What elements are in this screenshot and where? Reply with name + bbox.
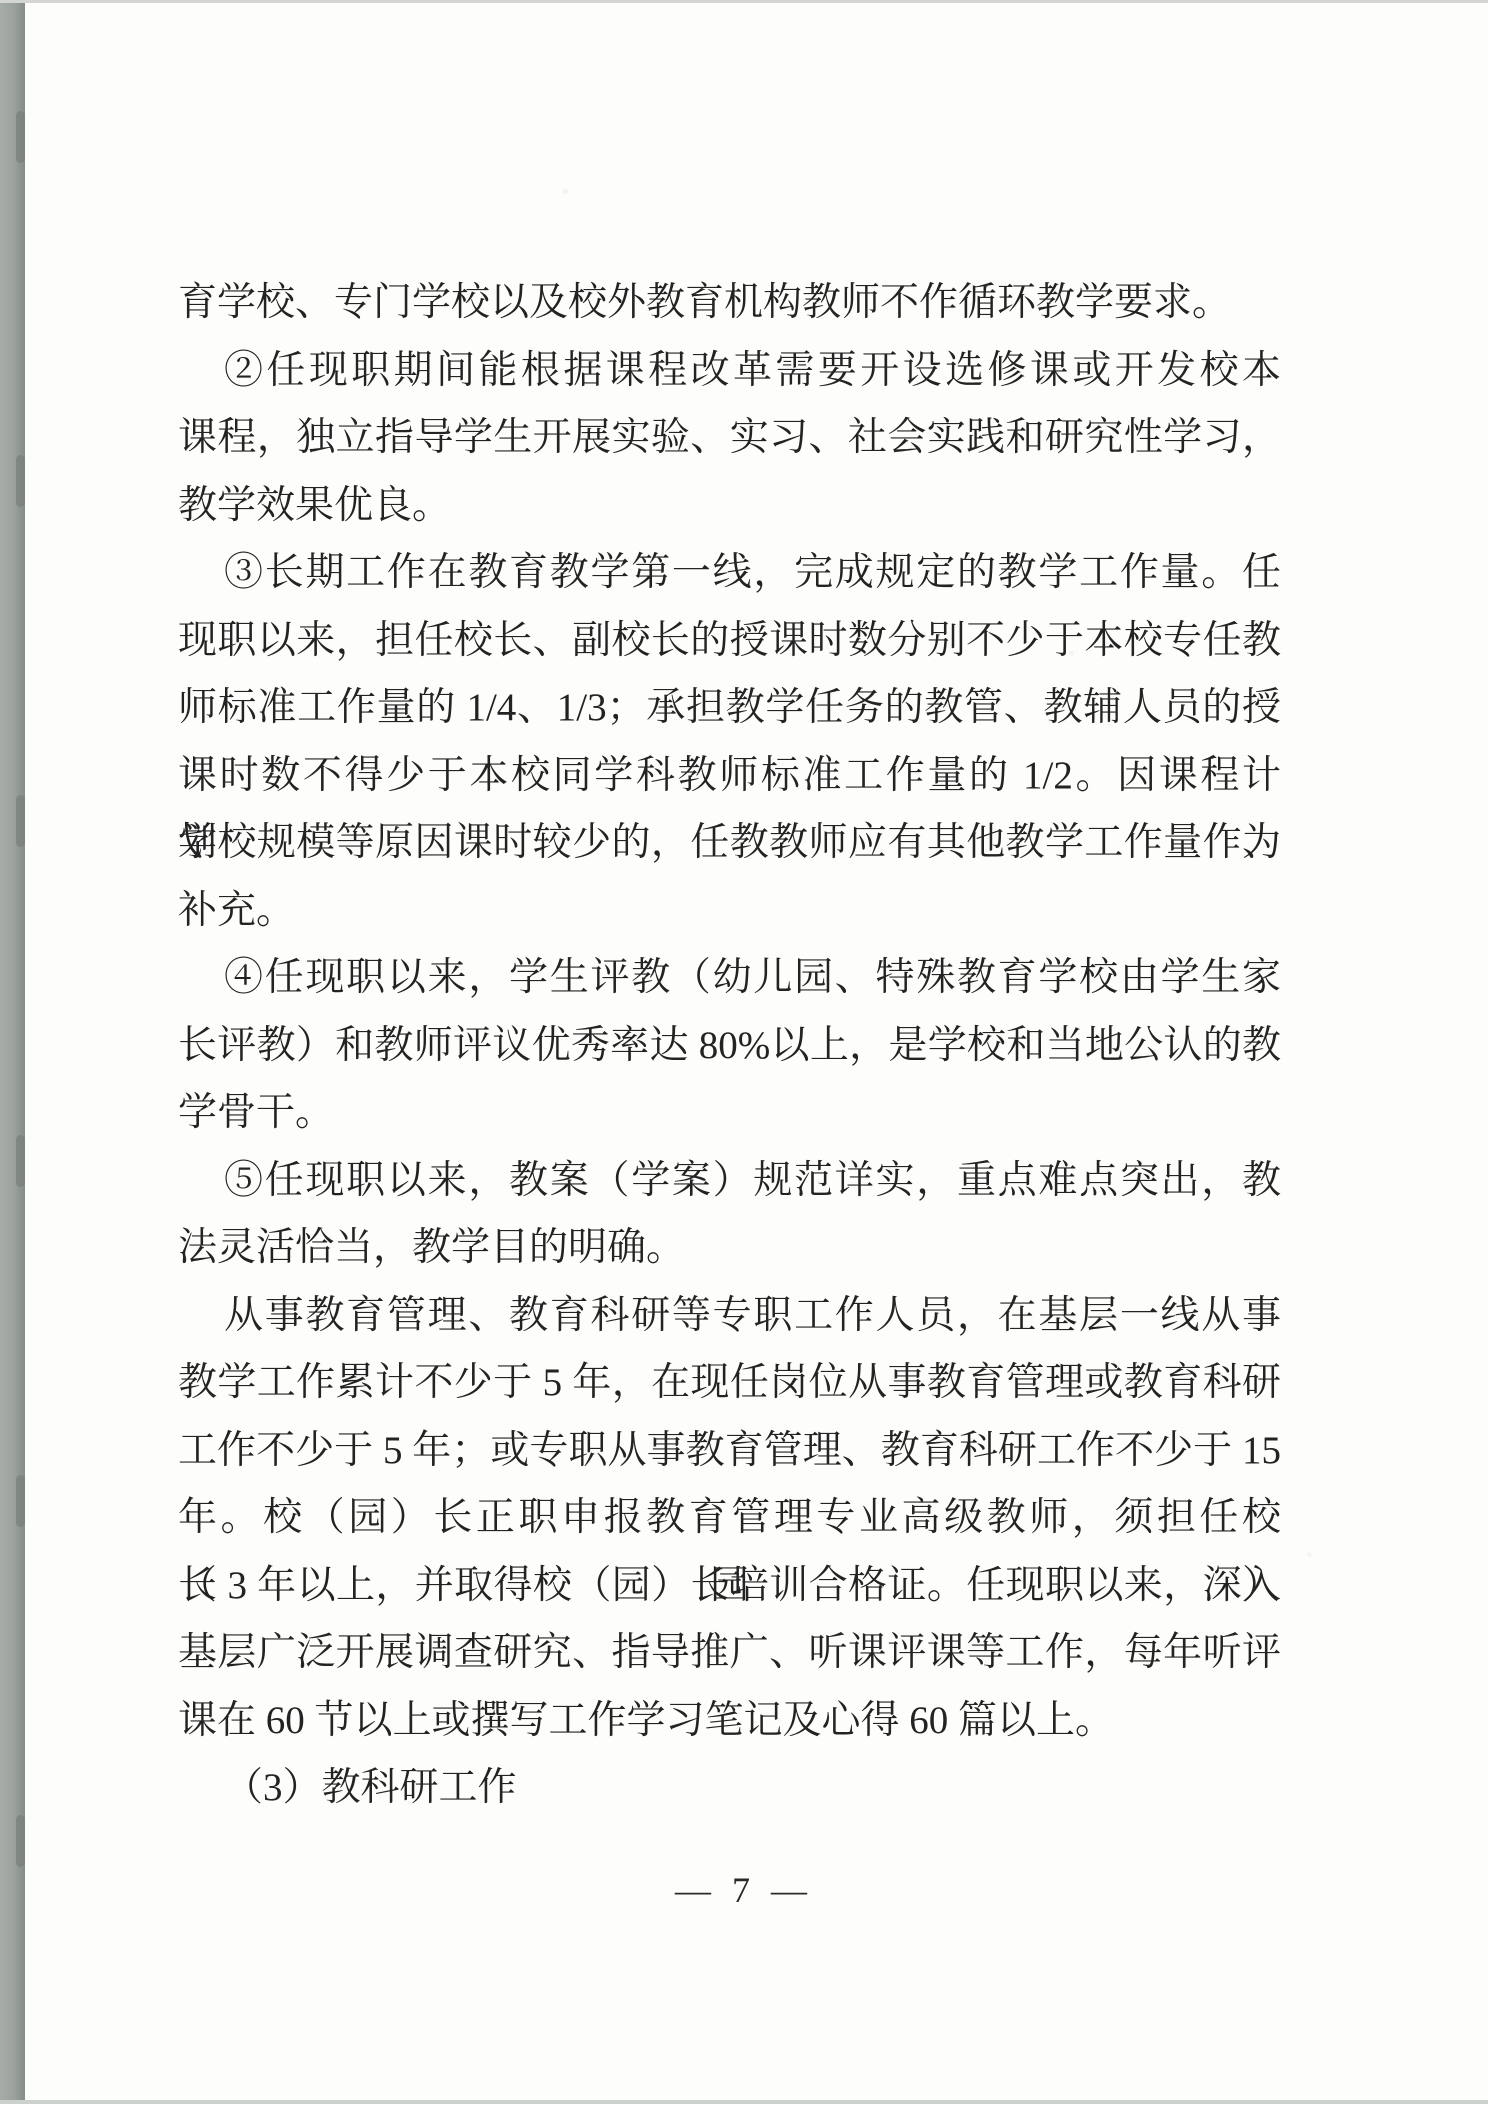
text-line: 工作不少于 5 年；或专职从事教育管理、教育科研工作不少于 15 [178, 1417, 1281, 1485]
text-line: 从事教育管理、教育科研等专职工作人员，在基层一线从事 [178, 1282, 1281, 1350]
page-number: — 7 — [0, 1869, 1488, 1911]
text-line: 补充。 [178, 877, 1281, 945]
text-line: 现职以来，担任校长、副校长的授课时数分别不少于本校专任教 [178, 607, 1281, 675]
text-line: 学校规模等原因课时较少的，任教教师应有其他教学工作量作为 [178, 809, 1281, 877]
paper-edge-mark [16, 111, 25, 163]
text-line: ⑤任现职以来，教案（学案）规范详实，重点难点突出，教 [178, 1147, 1281, 1215]
text-line: ②任现职期间能根据课程改革需要开设选修课或开发校本 [178, 337, 1281, 405]
text-line: 教学效果优良。 [178, 472, 1281, 540]
text-line: 年。校（园）长正职申报教育管理专业高级教师，须担任校（园） [178, 1484, 1281, 1552]
text-line: 课时数不得少于本校同学科教师标准工作量的 1/2。因课程计划、 [178, 742, 1281, 810]
paper-edge-mark [16, 795, 25, 847]
paper-edge-mark [16, 455, 25, 507]
text-line: 师标准工作量的 1/4、1/3；承担教学任务的教管、教辅人员的授 [178, 674, 1281, 742]
document-page: 育学校、专门学校以及校外教育机构教师不作循环教学要求。②任现职期间能根据课程改革… [0, 0, 1488, 2104]
text-line: 长 3 年以上，并取得校（园）长培训合格证。任现职以来，深入 [178, 1552, 1281, 1620]
text-line: 基层广泛开展调查研究、指导推广、听课评课等工作，每年听评 [178, 1619, 1281, 1687]
text-line: 课程，独立指导学生开展实验、实习、社会实践和研究性学习， [178, 404, 1281, 472]
text-line: ③长期工作在教育教学第一线，完成规定的教学工作量。任 [178, 539, 1281, 607]
paper-edge-mark [16, 1135, 25, 1187]
text-line: （3）教科研工作 [178, 1754, 1281, 1822]
text-line: ④任现职以来，学生评教（幼儿园、特殊教育学校由学生家 [178, 944, 1281, 1012]
paper-edge-mark [16, 1815, 25, 1867]
text-line: 课在 60 节以上或撰写工作学习笔记及心得 60 篇以上。 [178, 1687, 1281, 1755]
text-line: 法灵活恰当，教学目的明确。 [178, 1214, 1281, 1282]
scan-left-edge [0, 3, 25, 2100]
text-line: 学骨干。 [178, 1079, 1281, 1147]
text-block: 育学校、专门学校以及校外教育机构教师不作循环教学要求。②任现职期间能根据课程改革… [178, 269, 1281, 1822]
paper-edge-mark [16, 1475, 25, 1527]
text-line: 教学工作累计不少于 5 年，在现任岗位从事教育管理或教育科研 [178, 1349, 1281, 1417]
text-line: 育学校、专门学校以及校外教育机构教师不作循环教学要求。 [178, 269, 1281, 337]
text-line: 长评教）和教师评议优秀率达 80%以上，是学校和当地公认的教 [178, 1012, 1281, 1080]
